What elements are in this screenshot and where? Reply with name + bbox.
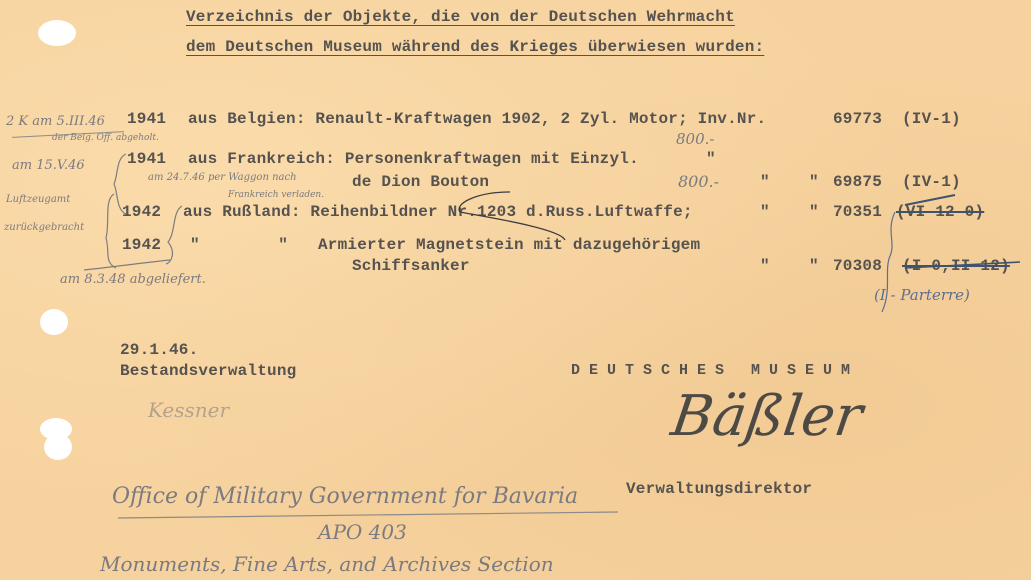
margin-note-item2: am 15.V.46 (12, 158, 85, 173)
item2-text-line2: de Dion Bouton (352, 173, 489, 191)
handwritten-omg-line3: Monuments, Fine Arts, and Archives Secti… (100, 552, 554, 576)
margin-note-item3-line2: zurückgebracht (4, 222, 84, 233)
punch-hole (44, 434, 72, 460)
item2-text-line1: aus Frankreich: Personenkraftwagen mit E… (188, 150, 639, 168)
item2-ditto: " (706, 150, 716, 168)
left-signature: Kessner (148, 398, 229, 422)
item2-inline-note-line1: am 24.7.46 per Waggon nach (148, 172, 297, 183)
handwritten-omg-line2: APO 403 (318, 520, 407, 544)
item4-location-struck: (I-0,II-12) (902, 257, 1010, 275)
item3-year: 1942 (122, 203, 161, 221)
item3-inv-nr: 70351 (833, 203, 882, 221)
item4-inv-nr: 70308 (833, 257, 882, 275)
item3-text: aus Rußland: Reihenbildner Nr.1203 d.Rus… (183, 203, 693, 221)
margin-note-item4: am 8.3.48 abgeliefert. (60, 272, 206, 287)
director-signature: Bäßler (667, 384, 866, 449)
signatory-title: Verwaltungsdirektor (626, 480, 812, 498)
item1-year: 1941 (127, 110, 166, 128)
item3-ditto-pair: " " (760, 203, 819, 221)
department-name: Bestandsverwaltung (120, 362, 296, 380)
item4-year: 1942 (122, 236, 161, 254)
punch-hole (38, 20, 76, 46)
handwritten-omg-line1: Office of Military Government for Bavari… (112, 484, 578, 509)
margin-note-item3-line1: Luftzeugamt (6, 194, 70, 205)
item2-inline-note-line2: Frankreich verladen. (228, 190, 324, 200)
item4-ditto-pair: " " (760, 257, 819, 275)
item2-location: (IV-1) (902, 173, 961, 191)
item2-value-note: 800.- (678, 172, 719, 191)
document-title-line1: Verzeichnis der Objekte, die von der Deu… (186, 8, 735, 26)
item1-text: aus Belgien: Renault-Kraftwagen 1902, 2 … (188, 110, 766, 128)
item4-text-line2: Schiffsanker (352, 257, 470, 275)
margin-note-item1: 2 K am 5.III.46 (6, 114, 105, 129)
item3-location-struck: (VI-12-0) (896, 203, 984, 221)
item1-inv-nr: 69773 (833, 110, 882, 128)
item4-new-location: (I - Parterre) (874, 286, 970, 304)
punch-hole (40, 309, 68, 335)
item2-year: 1941 (127, 150, 166, 168)
item4-text-line1: Armierter Magnetstein mit dazugehörigem (318, 236, 700, 254)
item2-ditto-pair: " " (760, 173, 819, 191)
item1-value-note: 800.- (676, 130, 714, 148)
item4-ditto-left: " " (190, 236, 288, 254)
item2-inv-nr: 69875 (833, 173, 882, 191)
document-title-line2: dem Deutschen Museum während des Krieges… (186, 38, 764, 56)
document-date: 29.1.46. (120, 341, 198, 359)
institution-name: DEUTSCHES MUSEUM (571, 362, 859, 379)
item1-location: (IV-1) (902, 110, 961, 128)
